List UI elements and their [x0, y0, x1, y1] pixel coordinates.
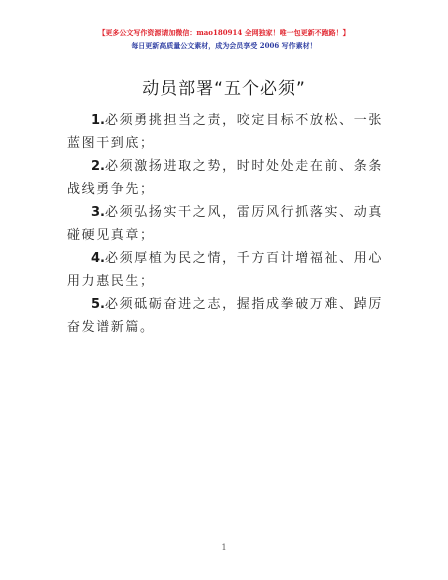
item-number: 2.: [91, 159, 105, 174]
item-text: 必须勇挑担当之责，咬定目标不放松、一张蓝图干到底；: [67, 113, 383, 151]
promo-line-membership: 每日更新高质量公文素材，成为会员享受 2006 写作素材！: [0, 41, 448, 50]
item-text: 必须砥砺奋进之志，握指成拳破万难、踔厉奋发谱新篇。: [67, 297, 383, 335]
item-text: 必须厚植为民之情，千方百计增福祉、用心用力惠民生；: [67, 251, 383, 289]
item-number: 3.: [91, 205, 105, 220]
promo-line-wechat: 【更多公文写作资源请加微信：mao180914 全网独家！唯一包更新不跑路！】: [0, 28, 448, 37]
list-item-3: 3.必须弘扬实干之风，雷厉风行抓落实、动真碰硬见真章；: [67, 201, 383, 247]
document-title: 动员部署“五个必须”: [0, 78, 448, 100]
promo-wechat-text: 【更多公文写作资源请加微信：mao180914 全网独家！唯一包更新不跑路！】: [98, 28, 349, 37]
item-number: 4.: [91, 251, 105, 266]
page-number: 1: [0, 543, 448, 552]
list-item-5: 5.必须砥砺奋进之志，握指成拳破万难、踔厉奋发谱新篇。: [67, 293, 383, 339]
list-item-2: 2.必须激扬进取之势，时时处处走在前、条条战线勇争先；: [67, 155, 383, 201]
list-item-4: 4.必须厚植为民之情，千方百计增福祉、用心用力惠民生；: [67, 247, 383, 293]
item-text: 必须激扬进取之势，时时处处走在前、条条战线勇争先；: [67, 159, 383, 197]
promo-membership-text: 每日更新高质量公文素材，成为会员享受 2006 写作素材！: [131, 41, 316, 50]
item-number: 1.: [91, 113, 105, 128]
document-body: 1.必须勇挑担当之责，咬定目标不放松、一张蓝图干到底； 2.必须激扬进取之势，时…: [67, 109, 383, 339]
list-item-1: 1.必须勇挑担当之责，咬定目标不放松、一张蓝图干到底；: [67, 109, 383, 155]
item-text: 必须弘扬实干之风，雷厉风行抓落实、动真碰硬见真章；: [67, 205, 383, 243]
item-number: 5.: [91, 297, 105, 312]
